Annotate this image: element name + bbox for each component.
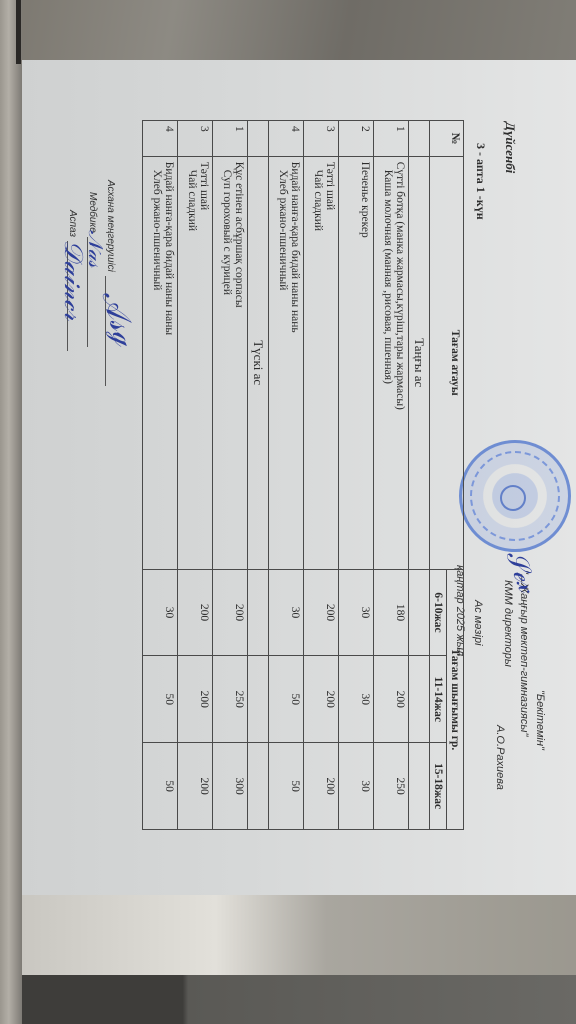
menu-document: "Бекітемін" "...Жаңғыр мектеп-гимназиясы… — [22, 60, 576, 895]
cook-signature: 𝒟𝒶𝒾𝓃𝒸𝓇 — [57, 240, 88, 321]
portion-value: 30 — [339, 569, 374, 656]
shadow-edge — [16, 0, 21, 64]
table-row: 3Тәтті шайЧай сладкий200200200 — [178, 121, 213, 830]
section-title: Таңғы ас — [409, 156, 430, 569]
section-empty-cell — [409, 656, 430, 743]
section-row: Түскі ас — [248, 121, 269, 830]
table-row: 4Бидай нанға-қара бидай наны наньХлеб рж… — [269, 121, 304, 830]
header-name: Тағам атауы — [430, 156, 464, 569]
floor-background — [22, 975, 576, 1024]
weekday-title: Дүйсенбі — [502, 122, 518, 173]
table-row: 1Сүтті ботқа (манка жармасы,күріш,тары ж… — [374, 121, 409, 830]
dish-name-ru: Суп гороховый с курицей — [221, 162, 233, 564]
table-header-row: № Тағам атауы Тағам шығымы гр. — [447, 121, 464, 830]
section-empty-cell — [248, 569, 269, 656]
header-age-3: 15-18жас — [430, 743, 447, 830]
dish-name-cell: Құс етінен асбұршақ сорпасыСуп гороховый… — [213, 156, 248, 569]
steel-surface-left — [0, 0, 22, 1024]
portion-value: 50 — [143, 656, 178, 743]
dish-name-ru: Каша молочная (манная ,рисовая, пшенная) — [382, 162, 394, 564]
portion-value: 200 — [304, 569, 339, 656]
dish-name-cell: Печенье крекер — [339, 156, 374, 569]
row-number: 1 — [374, 121, 409, 157]
section-empty-cell — [409, 569, 430, 656]
approval-menu-label: Ас мәзірі — [472, 600, 484, 646]
paper-sheet: "Бекітемін" "...Жаңғыр мектеп-гимназиясы… — [22, 60, 576, 895]
portion-value: 300 — [213, 743, 248, 830]
portion-value: 200 — [213, 569, 248, 656]
dish-name-ru: Чай сладкий — [186, 162, 198, 564]
section-empty-cell — [409, 121, 430, 157]
portion-value: 200 — [374, 656, 409, 743]
header-portion: Тағам шығымы гр. — [447, 569, 464, 829]
cook-manager-signature: 𝒜𝓈ℊ — [94, 286, 142, 349]
dish-name-kz: Тәтті шай — [198, 162, 210, 564]
row-number: 4 — [269, 121, 304, 157]
dish-name-cell: Сүтті ботқа (манка жармасы,күріш,тары жа… — [374, 156, 409, 569]
section-row: Таңғы ас — [409, 121, 430, 830]
section-empty-cell — [248, 656, 269, 743]
row-number: 1 — [213, 121, 248, 157]
portion-value: 50 — [269, 656, 304, 743]
portion-value: 200 — [304, 656, 339, 743]
dish-name-cell: Бидай нанға-қара бидай наны наныХлеб ржа… — [143, 156, 178, 569]
row-number: 4 — [143, 121, 178, 157]
row-number: 3 — [304, 121, 339, 157]
portion-value: 30 — [143, 569, 178, 656]
portion-value: 50 — [143, 743, 178, 830]
section-empty-cell — [248, 743, 269, 830]
portion-value: 200 — [304, 743, 339, 830]
header-age-1: 6-10жас — [430, 569, 447, 656]
table-row: 2Печенье крекер303030 — [339, 121, 374, 830]
dish-name-ru: Чай сладкий — [312, 162, 324, 564]
dish-name-kz: Құс етінен асбұршақ сорпасы — [233, 162, 245, 564]
portion-value: 30 — [339, 656, 374, 743]
dish-name-kz: Бидай нанға-қара бидай наны наны — [163, 162, 175, 564]
menu-table: № Тағам атауы Тағам шығымы гр. 6-10жас 1… — [142, 120, 464, 830]
portion-value: 200 — [178, 656, 213, 743]
portion-value: 30 — [339, 743, 374, 830]
dish-name-kz: Тәтті шай — [324, 162, 336, 564]
steel-shelf — [22, 893, 576, 975]
week-day-title: 3 - апта 1 -күн — [473, 143, 488, 220]
steel-surface-top — [0, 0, 576, 64]
table-row: 3Тәтті шайЧай сладкий200200200 — [304, 121, 339, 830]
portion-value: 200 — [178, 569, 213, 656]
portion-value: 30 — [269, 569, 304, 656]
dish-name-cell: Тәтті шайЧай сладкий — [178, 156, 213, 569]
dish-name-kz: Бидай нанға-қара бидай наны нань — [289, 162, 301, 564]
approval-org: "...Жаңғыр мектеп-гимназиясы" — [518, 570, 530, 736]
table-row: 1Құс етінен асбұршақ сорпасыСуп гороховы… — [213, 121, 248, 830]
row-number: 3 — [178, 121, 213, 157]
row-number: 2 — [339, 121, 374, 157]
portion-value: 250 — [213, 656, 248, 743]
section-empty-cell — [248, 121, 269, 157]
dish-name-cell: Тәтті шайЧай сладкий — [304, 156, 339, 569]
portion-value: 50 — [269, 743, 304, 830]
dish-name-cell: Бидай нанға-қара бидай наны наньХлеб ржа… — [269, 156, 304, 569]
header-age-2: 11-14жас — [430, 656, 447, 743]
cook-label: Аспаз — [67, 210, 78, 237]
portion-value: 250 — [374, 743, 409, 830]
section-title: Түскі ас — [248, 156, 269, 569]
portion-value: 200 — [178, 743, 213, 830]
approval-heading: "Бекітемін" — [534, 690, 546, 750]
header-num: № — [430, 121, 464, 157]
section-empty-cell — [409, 743, 430, 830]
dish-name-kz: Сүтті ботқа (манка жармасы,күріш,тары жа… — [394, 162, 406, 564]
official-seal-stamp — [459, 440, 571, 552]
table-row: 4Бидай нанға-қара бидай наны наныХлеб рж… — [143, 121, 178, 830]
dish-name-kz: Печенье крекер — [359, 162, 371, 564]
dish-name-ru: Хлеб ржано-пшеничный — [277, 162, 289, 564]
portion-value: 180 — [374, 569, 409, 656]
approval-director-name: А.О.Рахиева — [494, 725, 506, 790]
nurse-label: Медбике — [87, 192, 98, 233]
dish-name-ru: Хлеб ржано-пшеничный — [151, 162, 163, 564]
